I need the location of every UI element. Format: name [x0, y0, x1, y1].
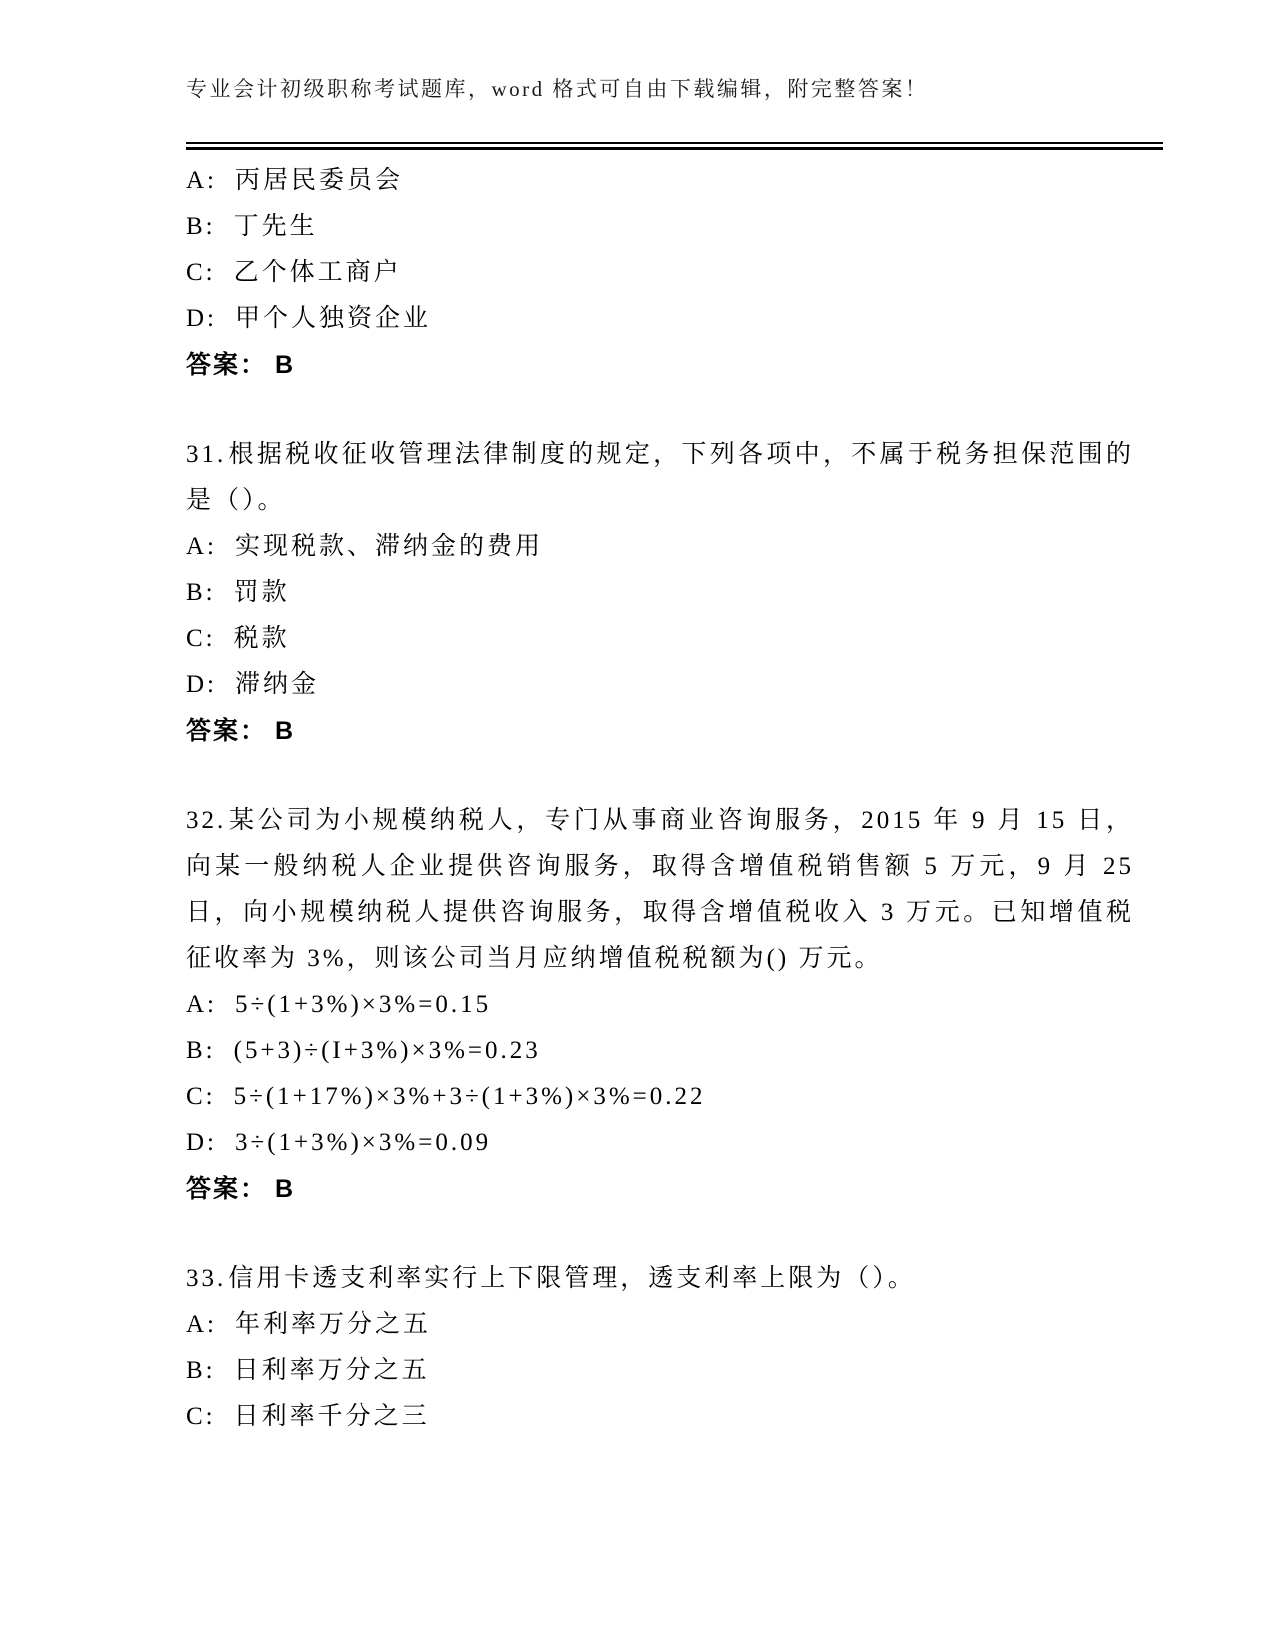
option-letter: B: — [186, 1028, 216, 1074]
header-divider-rule — [186, 142, 1163, 150]
option-text: 甲个人独资企业 — [235, 305, 431, 332]
question-body: 某公司为小规模纳税人，专门从事商业咨询服务，2015 年 9 月 15 日，向某… — [186, 807, 1134, 972]
option-row: B:罚款 — [186, 570, 1134, 616]
option-letter: A: — [186, 158, 217, 204]
question-32-block: 32.某公司为小规模纳税人，专门从事商业咨询服务，2015 年 9 月 15 日… — [186, 798, 1134, 1212]
question-text: 31.根据税收征收管理法律制度的规定，下列各项中，不属于税务担保范围的是（）。 — [186, 432, 1134, 524]
header-title: 专业会计初级职称考试题库，word 格式可自由下载编辑，附完整答案！ — [186, 76, 1163, 102]
option-text: 日利率万分之五 — [234, 1357, 430, 1384]
option-letter: C: — [186, 250, 216, 296]
option-text: 乙个体工商户 — [234, 259, 402, 286]
option-text: 滞纳金 — [235, 671, 319, 698]
page-header: 专业会计初级职称考试题库，word 格式可自由下载编辑，附完整答案！ — [0, 0, 1275, 150]
question-body: 根据税收征收管理法律制度的规定，下列各项中，不属于税务担保范围的是（）。 — [186, 441, 1134, 514]
option-row: B:(5+3)÷(I+3%)×3%=0.23 — [186, 1028, 1134, 1074]
document-body: A:丙居民委员会 B:丁先生 C:乙个体工商户 D:甲个人独资企业 答案：B 3… — [0, 158, 1134, 1440]
option-text: 罚款 — [234, 579, 290, 606]
option-row: A:丙居民委员会 — [186, 158, 1134, 204]
option-text: 日利率千分之三 — [234, 1403, 430, 1430]
document-page: 专业会计初级职称考试题库，word 格式可自由下载编辑，附完整答案！ A:丙居民… — [0, 0, 1275, 1650]
answer-label: 答案： — [186, 717, 267, 745]
option-row: D:3÷(1+3%)×3%=0.09 — [186, 1120, 1134, 1166]
answer-row: 答案：B — [186, 708, 1134, 754]
answer-label: 答案： — [186, 351, 267, 379]
answer-value: B — [275, 1175, 295, 1203]
option-letter: D: — [186, 662, 217, 708]
option-text: (5+3)÷(I+3%)×3%=0.23 — [234, 1037, 541, 1064]
option-letter: A: — [186, 524, 217, 570]
question-text: 32.某公司为小规模纳税人，专门从事商业咨询服务，2015 年 9 月 15 日… — [186, 798, 1134, 982]
answer-row: 答案：B — [186, 342, 1134, 388]
option-row: B:日利率万分之五 — [186, 1348, 1134, 1394]
question-text: 33.信用卡透支利率实行上下限管理，透支利率上限为（）。 — [186, 1256, 1134, 1302]
option-letter: C: — [186, 1394, 216, 1440]
answer-value: B — [275, 717, 295, 745]
question-number: 31. — [186, 441, 226, 468]
question-body: 信用卡透支利率实行上下限管理，透支利率上限为（）。 — [228, 1265, 916, 1292]
option-row: C:日利率千分之三 — [186, 1394, 1134, 1440]
option-letter: C: — [186, 616, 216, 662]
option-row: C:税款 — [186, 616, 1134, 662]
option-letter: A: — [186, 1302, 217, 1348]
option-row: C:5÷(1+17%)×3%+3÷(1+3%)×3%=0.22 — [186, 1074, 1134, 1120]
option-letter: D: — [186, 296, 217, 342]
option-letter: C: — [186, 1074, 216, 1120]
carryover-options-block: A:丙居民委员会 B:丁先生 C:乙个体工商户 D:甲个人独资企业 答案：B — [186, 158, 1134, 388]
option-text: 3÷(1+3%)×3%=0.09 — [235, 1129, 491, 1156]
question-31-block: 31.根据税收征收管理法律制度的规定，下列各项中，不属于税务担保范围的是（）。 … — [186, 432, 1134, 754]
option-text: 丙居民委员会 — [235, 167, 403, 194]
option-text: 5÷(1+17%)×3%+3÷(1+3%)×3%=0.22 — [234, 1083, 706, 1110]
option-text: 丁先生 — [234, 213, 318, 240]
option-letter: B: — [186, 570, 216, 616]
option-text: 5÷(1+3%)×3%=0.15 — [235, 991, 491, 1018]
option-text: 税款 — [234, 625, 290, 652]
option-row: D:滞纳金 — [186, 662, 1134, 708]
option-row: C:乙个体工商户 — [186, 250, 1134, 296]
answer-value: B — [275, 351, 295, 379]
option-text: 年利率万分之五 — [235, 1311, 431, 1338]
option-row: A:实现税款、滞纳金的费用 — [186, 524, 1134, 570]
option-letter: B: — [186, 1348, 216, 1394]
option-text: 实现税款、滞纳金的费用 — [235, 533, 543, 560]
option-row: A:年利率万分之五 — [186, 1302, 1134, 1348]
answer-row: 答案：B — [186, 1166, 1134, 1212]
option-row: D:甲个人独资企业 — [186, 296, 1134, 342]
option-letter: A: — [186, 982, 217, 1028]
option-row: B:丁先生 — [186, 204, 1134, 250]
option-letter: B: — [186, 204, 216, 250]
option-row: A:5÷(1+3%)×3%=0.15 — [186, 982, 1134, 1028]
question-number: 33. — [186, 1265, 226, 1292]
answer-label: 答案： — [186, 1175, 267, 1203]
question-33-block: 33.信用卡透支利率实行上下限管理，透支利率上限为（）。 A:年利率万分之五 B… — [186, 1256, 1134, 1440]
question-number: 32. — [186, 807, 226, 834]
option-letter: D: — [186, 1120, 217, 1166]
